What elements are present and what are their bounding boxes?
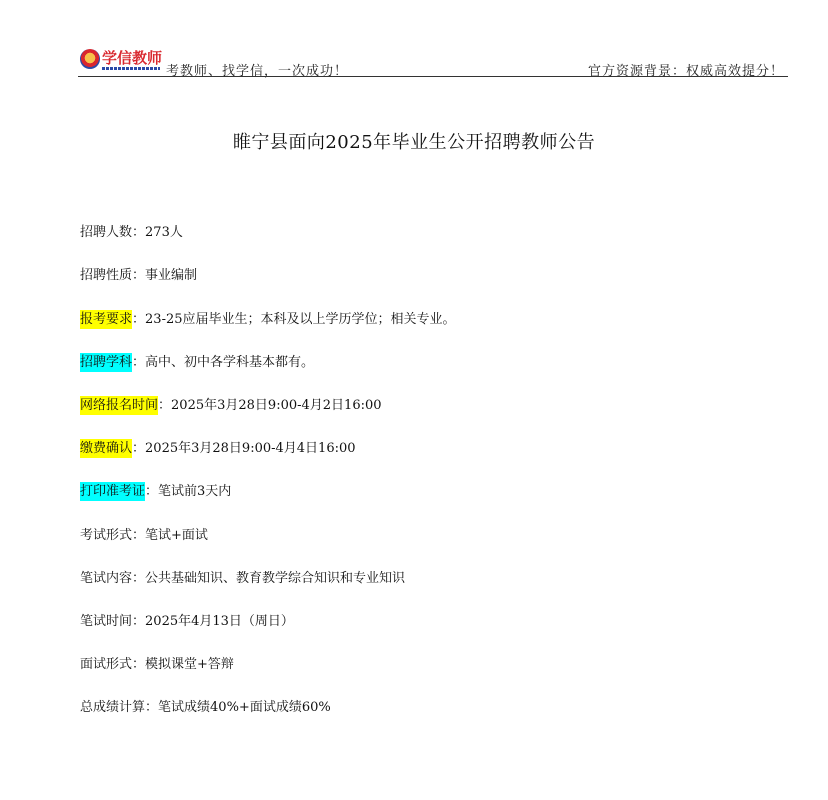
logo-emblem-icon bbox=[80, 49, 100, 69]
item-value: 笔试成绩40%+面试成绩60% bbox=[158, 700, 331, 715]
item-value: 笔试+面试 bbox=[145, 528, 208, 543]
info-item-exam-content: 笔试内容：公共基础知识、教育教学综合知识和专业知识 bbox=[80, 568, 405, 590]
item-label: 招聘性质 bbox=[80, 268, 132, 283]
info-item-nature: 招聘性质：事业编制 bbox=[80, 265, 197, 287]
logo-subtitle-strip bbox=[102, 67, 160, 70]
info-item-payment: 缴费确认：2025年3月28日9:00-4月4日16:00 bbox=[80, 438, 356, 460]
logo-text: 学信教师 bbox=[102, 47, 162, 68]
item-label-highlighted: 报考要求 bbox=[80, 310, 132, 329]
item-label: 招聘人数 bbox=[80, 225, 132, 240]
item-value: 2025年4月13日（周日） bbox=[145, 614, 294, 629]
item-value: 23-25应届毕业生；本科及以上学历学位；相关专业。 bbox=[145, 312, 455, 327]
page-header: 学信教师 考教师、找学信，一次成功！ 官方资源背景：权威高效提分！ bbox=[78, 46, 788, 78]
item-value: 2025年3月28日9:00-4月2日16:00 bbox=[171, 398, 382, 413]
info-item-requirements: 报考要求：23-25应届毕业生；本科及以上学历学位；相关专业。 bbox=[80, 309, 456, 331]
item-value: 公共基础知识、教育教学综合知识和专业知识 bbox=[145, 571, 405, 586]
info-item-registration-time: 网络报名时间：2025年3月28日9:00-4月2日16:00 bbox=[80, 395, 382, 417]
item-label: 面试形式 bbox=[80, 657, 132, 672]
info-item-admission-ticket: 打印准考证：笔试前3天内 bbox=[80, 481, 231, 503]
info-item-interview-format: 面试形式：模拟课堂+答辩 bbox=[80, 654, 234, 676]
info-item-exam-format: 考试形式：笔试+面试 bbox=[80, 525, 208, 547]
item-value: 2025年3月28日9:00-4月4日16:00 bbox=[145, 441, 356, 456]
item-label-highlighted: 网络报名时间 bbox=[80, 396, 158, 415]
item-label: 考试形式 bbox=[80, 528, 132, 543]
item-label-highlighted: 招聘学科 bbox=[80, 353, 132, 372]
page-title: 睢宁县面向2025年毕业生公开招聘教师公告 bbox=[0, 128, 828, 154]
item-label: 笔试内容 bbox=[80, 571, 132, 586]
logo: 学信教师 bbox=[78, 46, 160, 76]
header-divider bbox=[78, 76, 788, 77]
item-label-highlighted: 缴费确认 bbox=[80, 439, 132, 458]
item-label: 总成绩计算 bbox=[80, 700, 145, 715]
info-item-exam-date: 笔试时间：2025年4月13日（周日） bbox=[80, 611, 294, 633]
item-value: 笔试前3天内 bbox=[158, 484, 231, 499]
item-value: 模拟课堂+答辩 bbox=[145, 657, 234, 672]
item-value: 高中、初中各学科基本都有。 bbox=[145, 355, 314, 370]
item-label-highlighted: 打印准考证 bbox=[80, 482, 145, 501]
info-item-score-calculation: 总成绩计算：笔试成绩40%+面试成绩60% bbox=[80, 697, 331, 719]
item-label: 笔试时间 bbox=[80, 614, 132, 629]
info-item-subjects: 招聘学科：高中、初中各学科基本都有。 bbox=[80, 352, 314, 374]
item-value: 273人 bbox=[145, 225, 183, 240]
item-value: 事业编制 bbox=[145, 268, 197, 283]
info-item-headcount: 招聘人数：273人 bbox=[80, 222, 183, 244]
